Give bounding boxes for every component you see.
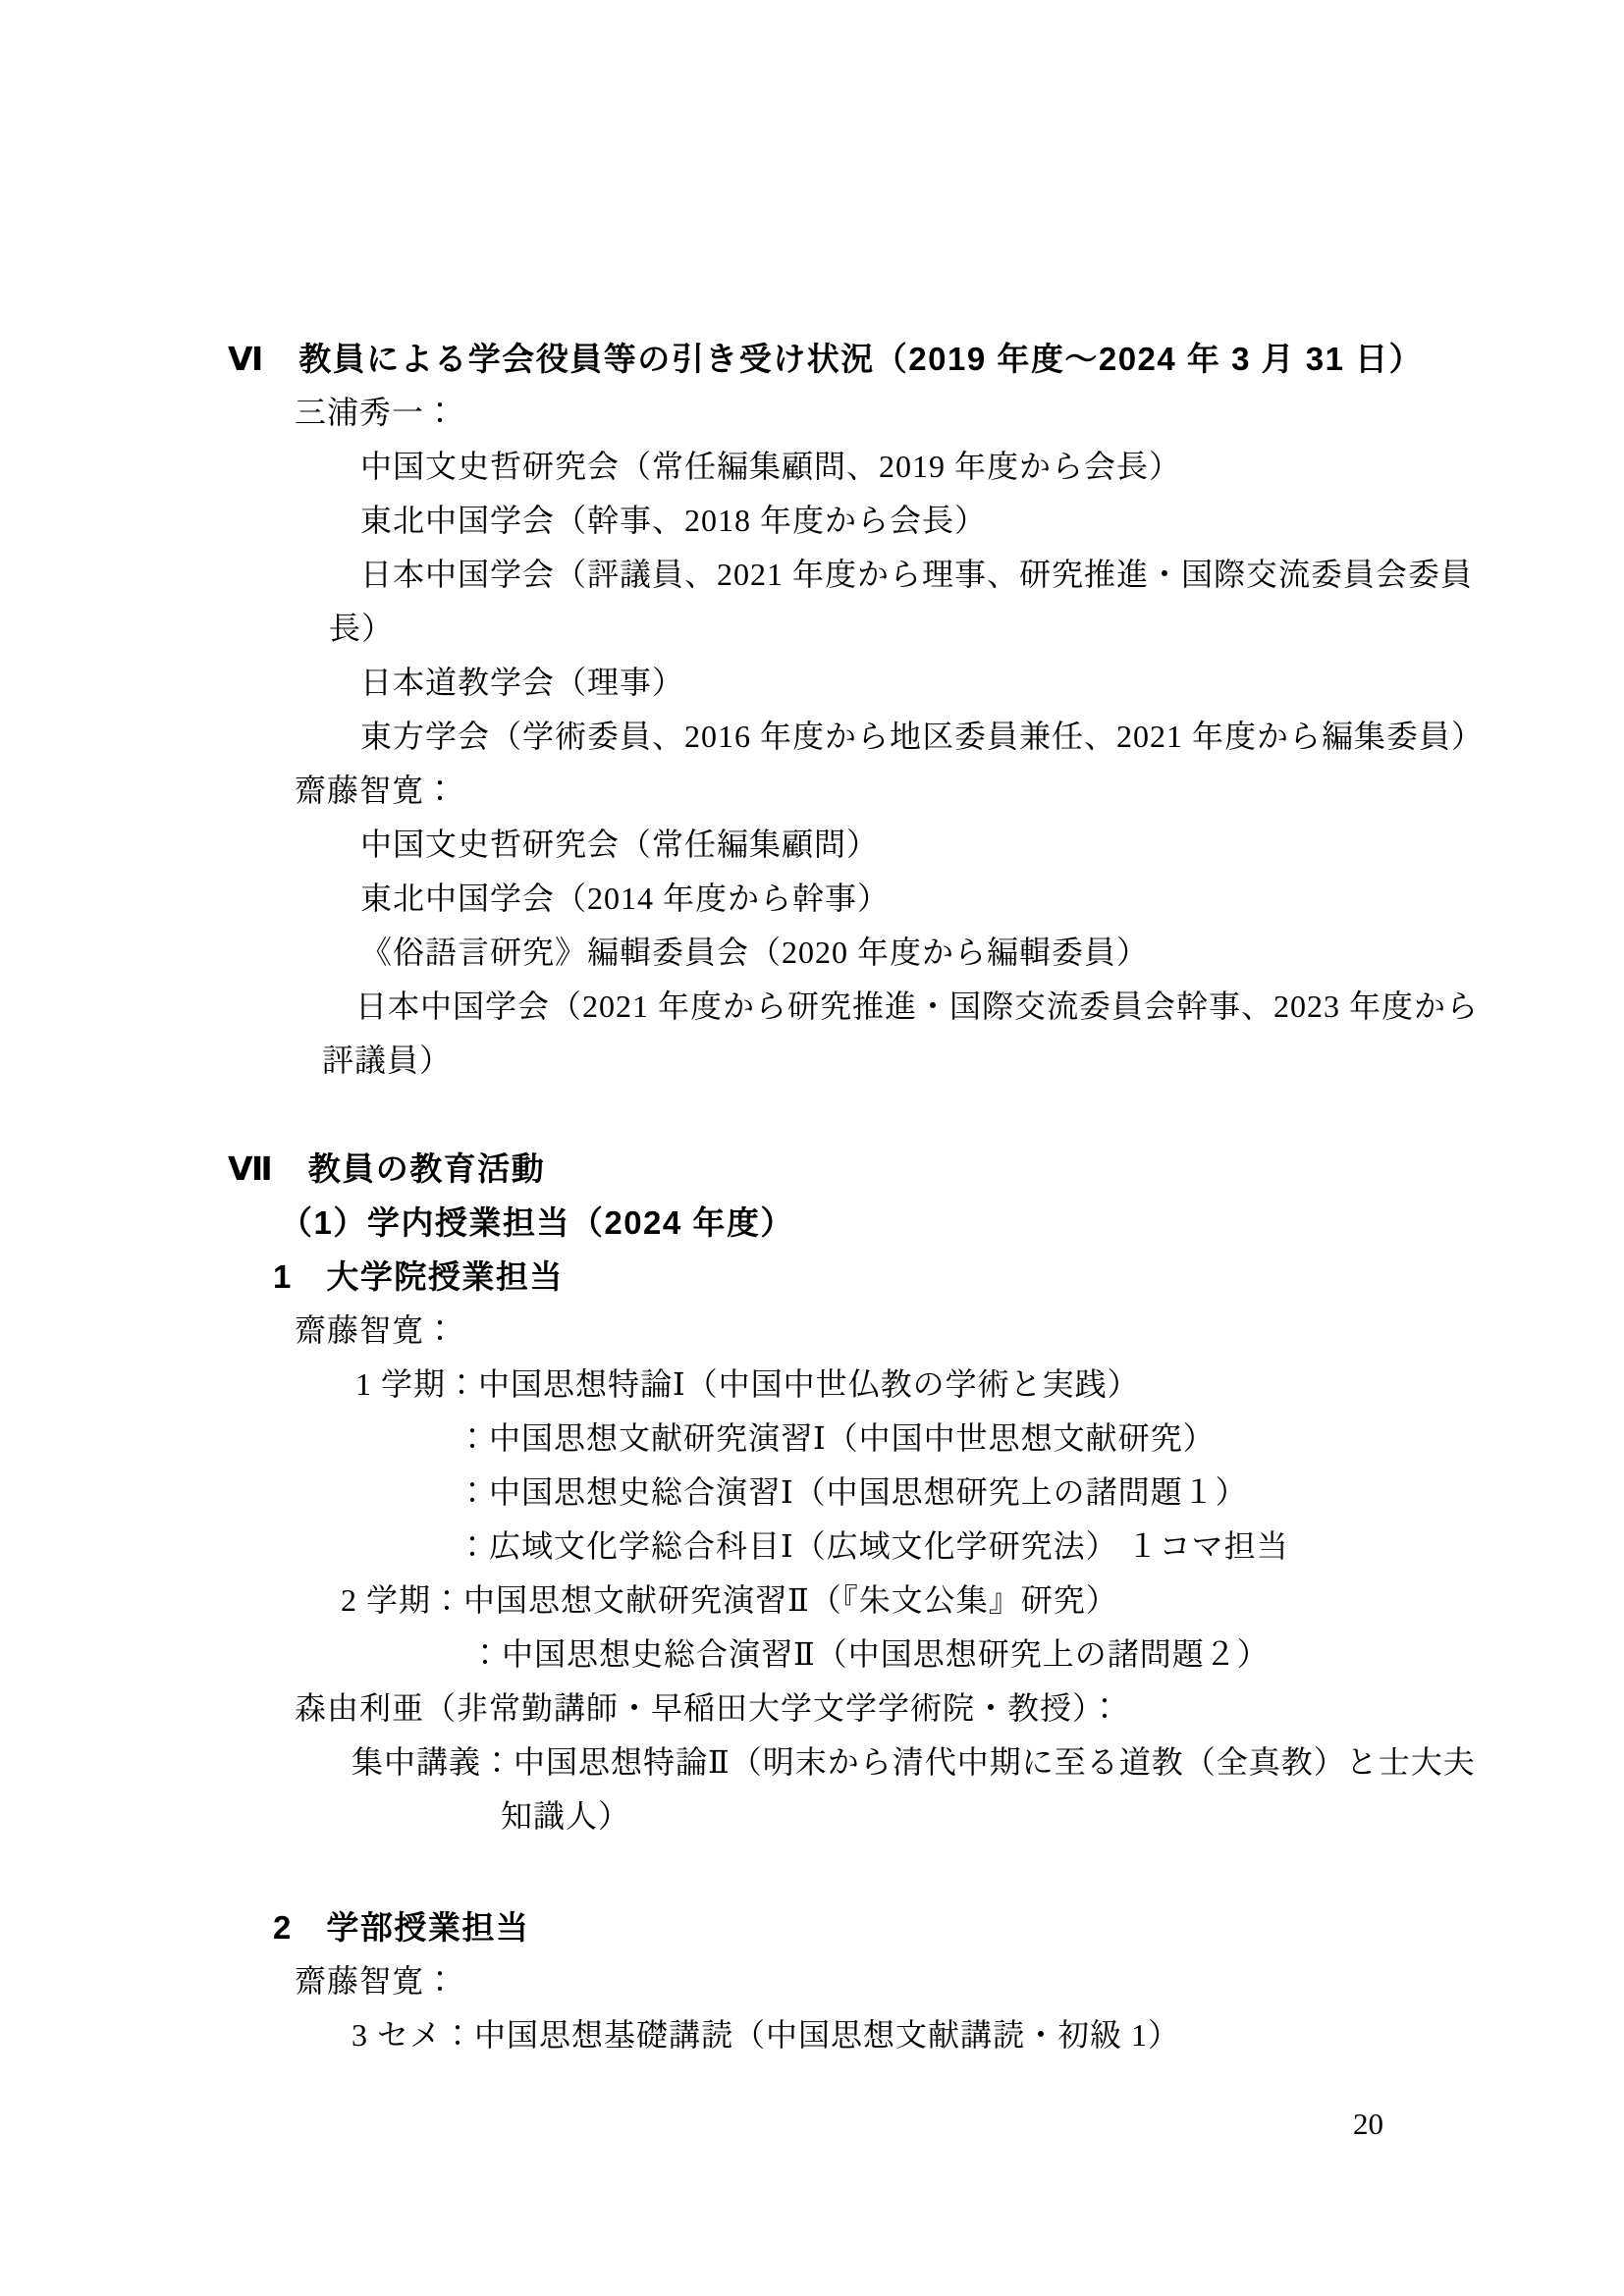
text-line: 中国文史哲研究会（常任編集顧問） — [228, 818, 1506, 872]
text-line: 中国文史哲研究会（常任編集顧問、2019 年度から会長） — [228, 440, 1506, 494]
heading-line: 1 大学院授業担当 — [228, 1250, 1506, 1304]
heading-line: Ⅵ 教員による学会役員等の引き受け状況（2019 年度～2024 年 3 月 3… — [228, 332, 1506, 386]
text-line: ：中国思想史総合演習Ⅱ（中国思想研究上の諸問題２） — [228, 1628, 1506, 1682]
text-line: 《俗語言研究》編輯委員会（2020 年度から編輯委員） — [228, 926, 1506, 980]
text-line: 日本中国学会（評議員、2021 年度から理事、研究推進・国際交流委員会委員 — [228, 548, 1506, 602]
page-number: 20 — [1353, 2107, 1383, 2142]
text-line: 長） — [228, 602, 1506, 656]
text-line: 集中講義：中国思想特論Ⅱ（明末から清代中期に至る道教（全真教）と士大夫 — [228, 1735, 1506, 1789]
text-line: 1 学期：中国思想特論Ⅰ（中国中世仏教の学術と実践） — [228, 1358, 1506, 1412]
text-line: 3 セメ：中国思想基礎講読（中国思想文献講読・初級 1） — [228, 2008, 1506, 2062]
heading-line: （1）学内授業担当（2024 年度） — [228, 1196, 1506, 1250]
text-line: ：中国思想文献研究演習Ⅰ（中国中世思想文献研究） — [228, 1412, 1506, 1466]
text-line: 東北中国学会（幹事、2018 年度から会長） — [228, 494, 1506, 548]
text-line: 日本道教学会（理事） — [228, 656, 1506, 710]
document-body: Ⅵ 教員による学会役員等の引き受け状況（2019 年度～2024 年 3 月 3… — [228, 332, 1506, 2062]
heading-line: Ⅶ 教員の教育活動 — [228, 1142, 1506, 1196]
text-line: 2 学期：中国思想文献研究演習Ⅱ（『朱文公集』研究） — [228, 1574, 1506, 1628]
text-line: 齋藤智寛： — [228, 1304, 1506, 1358]
text-line: 三浦秀一： — [228, 386, 1506, 440]
text-line: 日本中国学会（2021 年度から研究推進・国際交流委員会幹事、2023 年度から — [228, 980, 1506, 1034]
text-line: 東方学会（学術委員、2016 年度から地区委員兼任、2021 年度から編集委員） — [228, 710, 1506, 764]
text-line: ：広域文化学総合科目Ⅰ（広域文化学研究法） １コマ担当 — [228, 1520, 1506, 1574]
heading-line: 2 学部授業担当 — [228, 1900, 1506, 1954]
text-line: 東北中国学会（2014 年度から幹事） — [228, 872, 1506, 926]
text-line: 森由利亜（非常勤講師・早稲田大学文学学術院・教授）： — [228, 1682, 1506, 1735]
text-line: ：中国思想史総合演習Ⅰ（中国思想研究上の諸問題１） — [228, 1466, 1506, 1520]
text-line: 齋藤智寛： — [228, 764, 1506, 818]
text-line: 評議員） — [228, 1034, 1506, 1088]
text-line: 齋藤智寛： — [228, 1954, 1506, 2008]
document-page: Ⅵ 教員による学会役員等の引き受け状況（2019 年度～2024 年 3 月 3… — [0, 0, 1624, 2296]
text-line: 知識人） — [228, 1789, 1506, 1843]
